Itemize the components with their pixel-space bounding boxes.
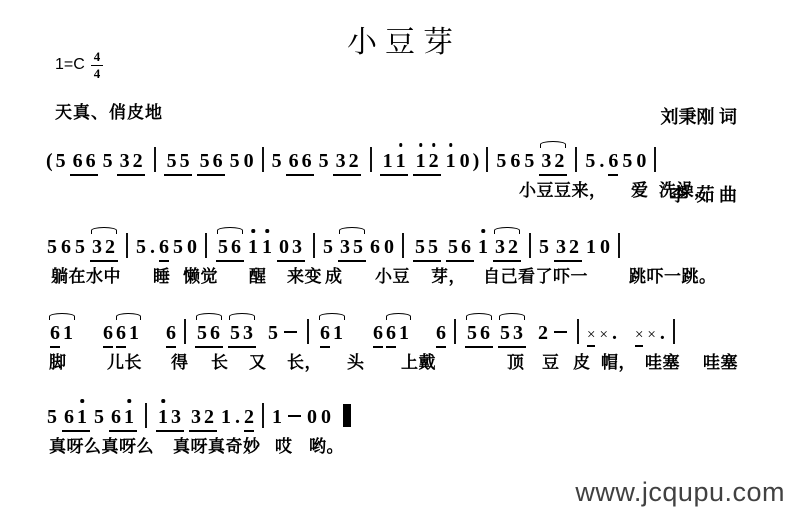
lyric-word: 小豆	[375, 262, 410, 287]
tie-arc	[49, 313, 75, 320]
note: 3	[92, 236, 102, 259]
note: 3	[292, 236, 302, 259]
lyric-word: 帽，	[601, 348, 636, 373]
tie-arc	[229, 313, 255, 320]
note-group: 661	[371, 322, 412, 348]
barline	[370, 147, 372, 172]
rest-note: 0	[279, 236, 289, 259]
parenthesis: )	[473, 150, 480, 173]
note: 6	[111, 406, 121, 429]
barline	[205, 233, 207, 258]
note: 5	[415, 236, 425, 259]
note: 5	[103, 150, 113, 173]
note: 1	[446, 150, 456, 173]
augmentation-dot: .	[150, 236, 155, 259]
lyric-word: 儿长	[107, 348, 142, 373]
parenthesis: (	[46, 150, 53, 173]
barline	[654, 147, 656, 172]
barline	[184, 319, 186, 344]
music-line: 6166165653561661656532××.××.脚儿长得长又长，头上戴顶…	[45, 300, 792, 348]
barline	[673, 319, 675, 344]
duration-dash	[284, 331, 297, 334]
lyric-word: 顶	[507, 348, 525, 373]
note-group: 55	[413, 236, 441, 262]
spacer	[414, 338, 434, 339]
note: 1	[158, 406, 168, 429]
note: 6	[116, 322, 126, 348]
note: 6	[86, 150, 96, 173]
note-group: 35	[338, 236, 366, 262]
tie-arc	[217, 227, 243, 234]
note: 6	[213, 150, 223, 173]
note-group: 61	[48, 322, 76, 348]
spacer	[258, 338, 266, 339]
tie-arc	[494, 227, 520, 234]
tie-arc	[466, 313, 492, 320]
lyric-word: 皮	[573, 348, 591, 373]
note-group: 12	[413, 150, 441, 176]
note-group: 32	[90, 236, 118, 262]
note: 2	[554, 150, 564, 173]
note: 6	[461, 236, 471, 259]
note: 2	[569, 236, 579, 259]
barline	[126, 233, 128, 258]
lyric-word: 脚	[49, 348, 67, 373]
augmentation-dot: .	[660, 322, 665, 345]
barline	[307, 319, 309, 344]
sheet-music-page: 1=C 4 4 小豆芽 刘秉刚 词 李 茹 曲 天真、俏皮地 (56653255…	[0, 0, 800, 522]
note: 5	[496, 150, 506, 173]
note-group: 32	[117, 150, 145, 176]
note: 3	[556, 236, 566, 259]
note-group: 55	[164, 150, 192, 176]
note: 1	[399, 322, 409, 345]
note: 6	[231, 236, 241, 259]
note: 6	[50, 322, 60, 348]
lyric-word: 上戴	[401, 348, 436, 373]
note-group: 66	[286, 150, 314, 176]
notes-row: (566532555650566532111210)565325.650	[45, 128, 792, 176]
music-line: (566532555650566532111210)565325.650小豆豆来…	[45, 128, 792, 176]
lyric-word: 哇塞	[645, 348, 680, 373]
note: 5	[323, 236, 333, 259]
lyric-word: 长	[211, 348, 229, 373]
note: 6	[61, 236, 71, 259]
note-group: 32	[333, 150, 361, 176]
note: 6	[510, 150, 520, 173]
tie-arc	[196, 313, 222, 320]
augmentation-dot: .	[599, 150, 604, 173]
barline	[454, 319, 456, 344]
note: 5	[56, 150, 66, 173]
note: 5	[539, 236, 549, 259]
note-group: 32	[539, 150, 567, 176]
note: 5	[167, 150, 177, 173]
note-group: 53	[498, 322, 526, 348]
note: 5	[524, 150, 534, 173]
note: 1	[416, 150, 426, 173]
spacer	[144, 338, 164, 339]
augmentation-dot: .	[235, 406, 240, 429]
note: 6	[159, 236, 169, 262]
note: 2	[105, 236, 115, 259]
rest-note: 0	[187, 236, 197, 259]
note: 1	[124, 406, 134, 429]
note: 3	[243, 322, 253, 345]
lyric-word: 哇塞	[703, 348, 738, 373]
note: 6	[386, 322, 396, 348]
x-note: ×	[599, 327, 607, 344]
lyric-word: 豆	[542, 348, 560, 373]
lyric-word: 头	[347, 348, 365, 373]
lyric-word: 哎	[275, 432, 293, 457]
lyric-word: 醒	[249, 262, 267, 287]
note-group: 11	[380, 150, 408, 176]
note-group: 53	[228, 322, 256, 348]
lyric-word: 又	[249, 348, 267, 373]
note: 2	[244, 406, 254, 432]
note: 5	[585, 150, 595, 173]
tie-arc	[319, 313, 345, 320]
barline	[402, 233, 404, 258]
note: 5	[218, 236, 228, 259]
note: 1	[383, 150, 393, 173]
note: 6	[103, 322, 113, 348]
note: 3	[495, 236, 505, 259]
barline	[145, 403, 147, 428]
note: 3	[513, 322, 523, 345]
lyric-word: 长，	[287, 348, 322, 373]
note: 3	[171, 406, 181, 429]
note: 5	[268, 322, 278, 345]
octave-dot	[251, 229, 255, 233]
note: 5	[272, 150, 282, 173]
note: 1	[262, 236, 272, 259]
note: 5	[448, 236, 458, 259]
note: 6	[166, 322, 176, 348]
barline	[262, 147, 264, 172]
barline	[577, 319, 579, 344]
note: 3	[336, 150, 346, 173]
note: 6	[320, 322, 330, 348]
notes-row: 6166165653561661656532××.××.	[45, 300, 792, 348]
note: 1	[586, 236, 596, 259]
octave-dot	[481, 229, 485, 233]
notes-row: 56156113321.2100	[45, 384, 792, 432]
augmentation-dot: .	[612, 322, 617, 345]
note-group: 32	[554, 236, 582, 262]
note-group: 56	[197, 150, 225, 176]
note: 5	[319, 150, 329, 173]
tempo-mood-marking: 天真、俏皮地	[55, 98, 163, 123]
octave-dot	[419, 143, 423, 147]
note: 5	[428, 236, 438, 259]
octave-dot	[161, 399, 165, 403]
note: 6	[370, 236, 380, 259]
octave-dot	[399, 143, 403, 147]
octave-dot	[432, 143, 436, 147]
note-group: 03	[277, 236, 305, 262]
note: 6	[373, 322, 383, 348]
note: 1	[221, 406, 231, 429]
note: 5	[500, 322, 510, 345]
rest-note: 0	[600, 236, 610, 259]
octave-dot	[449, 143, 453, 147]
tie-arc	[499, 313, 525, 320]
lyricist-credit: 刘秉刚 词	[661, 104, 738, 130]
duration-dash	[288, 415, 301, 418]
note-group: 56	[216, 236, 244, 262]
note: 1	[333, 322, 343, 345]
lyric-word: 躺在水中	[51, 262, 121, 287]
duration-dash	[554, 331, 567, 334]
lyric-word: 得	[171, 348, 189, 373]
note: 6	[64, 406, 74, 429]
lyric-word: 真呀真奇妙	[173, 432, 261, 457]
note: 5	[230, 322, 240, 345]
lyric-word: 哟。	[309, 432, 344, 457]
x-note: ×	[587, 327, 595, 347]
note: 3	[191, 406, 201, 429]
note: 1	[248, 236, 258, 259]
lyric-word: 自己看了吓一	[483, 262, 588, 287]
note: 5	[467, 322, 477, 345]
rest-note: 0	[307, 406, 317, 429]
lyric-word: 爱	[631, 176, 649, 201]
lyric-word: 成	[325, 262, 343, 287]
note: 6	[436, 322, 446, 348]
tie-arc	[386, 313, 411, 320]
barline	[154, 147, 156, 172]
note: 5	[230, 150, 240, 173]
lyric-word: 真呀么真呀么	[49, 432, 154, 457]
note: 1	[129, 322, 139, 345]
note: 6	[289, 150, 299, 173]
note: 3	[541, 150, 551, 173]
lyric-word: 小豆豆来，	[519, 176, 607, 201]
note: 1	[77, 406, 87, 429]
note: 6	[73, 150, 83, 173]
note: 6	[302, 150, 312, 173]
note: 1	[63, 322, 73, 345]
note-group: 61	[109, 406, 137, 432]
note: 3	[340, 236, 350, 259]
spacer	[78, 338, 98, 339]
rest-note: 0	[636, 150, 646, 173]
rest-note: 0	[460, 150, 470, 173]
x-note: ×	[647, 327, 655, 344]
lyric-word: 睡	[153, 262, 171, 287]
spacer	[348, 338, 368, 339]
note: 2	[508, 236, 518, 259]
lyric-word: 芽，	[431, 262, 466, 287]
note-group: 61	[62, 406, 90, 432]
note: 6	[608, 150, 618, 176]
tie-arc	[116, 313, 141, 320]
tie-arc	[540, 141, 566, 148]
tie-arc	[339, 227, 365, 234]
barline	[618, 233, 620, 258]
note: 1	[478, 236, 488, 259]
lyric-word: 来变	[287, 262, 322, 287]
barline	[313, 233, 315, 258]
note-group: 56	[465, 322, 493, 348]
spacer	[528, 338, 536, 339]
note: 5	[47, 406, 57, 429]
note: 5	[136, 236, 146, 259]
barline	[486, 147, 488, 172]
octave-dot	[127, 399, 131, 403]
notes-row: 565325.65056110353560555613253210	[45, 214, 792, 262]
rest-note: 0	[321, 406, 331, 429]
spacer	[619, 338, 633, 339]
meter-denominator: 4	[91, 66, 104, 81]
note: 5	[47, 236, 57, 259]
note-group: 66	[70, 150, 98, 176]
note: 2	[538, 322, 548, 345]
lyric-word: 洗澡，	[659, 176, 712, 201]
note: 5	[197, 322, 207, 345]
note: 5	[94, 406, 104, 429]
note: 5	[353, 236, 363, 259]
note: 2	[204, 406, 214, 429]
note-group: 56	[446, 236, 474, 262]
rest-note: 0	[384, 236, 394, 259]
final-barline	[343, 404, 351, 427]
octave-dot	[265, 229, 269, 233]
lyric-word: 懒觉	[183, 262, 218, 287]
note-group: 13	[156, 406, 184, 432]
music-line: 56156113321.2100真呀么真呀么真呀真奇妙哎哟。	[45, 384, 792, 432]
note: 2	[133, 150, 143, 173]
note-group: 56	[195, 322, 223, 348]
barline	[575, 147, 577, 172]
note: 5	[622, 150, 632, 173]
note: 5	[75, 236, 85, 259]
note: 1	[272, 406, 282, 429]
note: 5	[180, 150, 190, 173]
note: 2	[349, 150, 359, 173]
watermark: www.jcqupu.com	[575, 477, 785, 508]
note: 5	[200, 150, 210, 173]
note: 2	[429, 150, 439, 173]
tie-arc	[91, 227, 117, 234]
note-group: 32	[493, 236, 521, 262]
barline	[262, 403, 264, 428]
note: 6	[480, 322, 490, 345]
rest-note: 0	[244, 150, 254, 173]
note: 5	[173, 236, 183, 259]
note: 1	[396, 150, 406, 173]
note: 3	[120, 150, 130, 173]
octave-dot	[80, 399, 84, 403]
note-group: 61	[318, 322, 346, 348]
barline	[529, 233, 531, 258]
note-group: 32	[189, 406, 217, 432]
note: 6	[210, 322, 220, 345]
x-note: ×	[635, 327, 643, 347]
note-group: 661	[101, 322, 142, 348]
lyric-word: 跳吓一跳。	[629, 262, 717, 287]
music-line: 565325.65056110353560555613253210躺在水中睡懒觉…	[45, 214, 792, 262]
